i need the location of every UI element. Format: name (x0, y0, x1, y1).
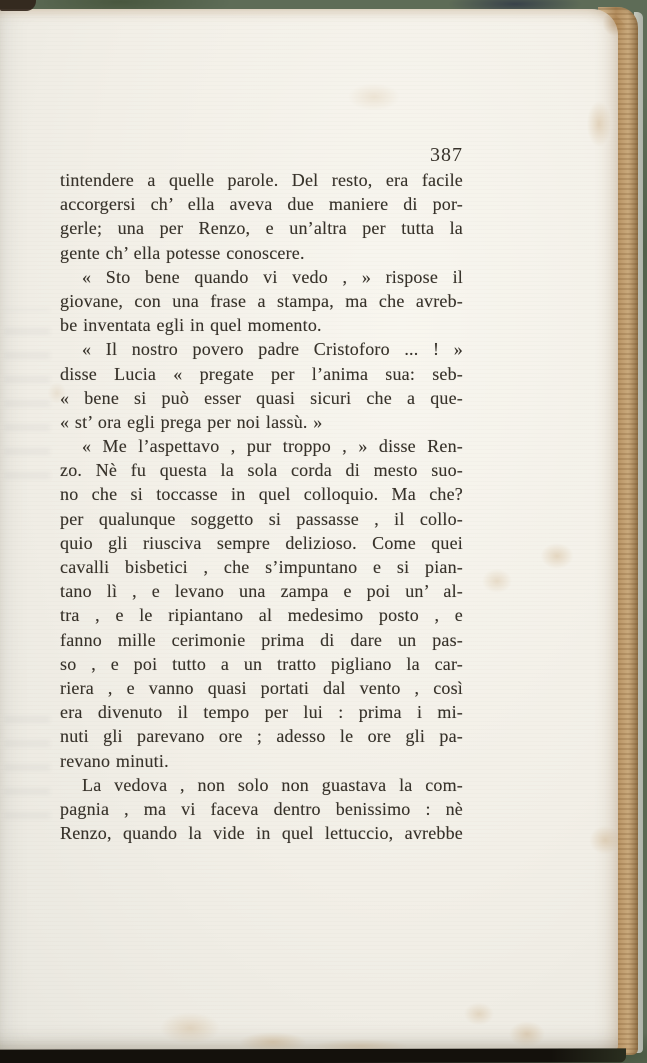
text-line: revano minuti. (60, 749, 463, 773)
text-line: zo. Nè fu questa la sola corda di mesto … (60, 458, 463, 482)
text-line: « Sto bene quando vi vedo , » rispose il (60, 265, 463, 289)
top-left-dark-patch (0, 0, 36, 11)
text-line: « bene si può esser quasi sicuri che a q… (60, 386, 463, 410)
text-line: pagnia , ma vi faceva dentro benissimo :… (60, 797, 463, 821)
text-line: per qualunque soggetto si passasse , il … (60, 507, 463, 531)
text-line: tra , e le ripiantano al medesimo posto … (60, 603, 463, 627)
text-line: nuti gli parevano ore ; adesso le ore gl… (60, 724, 463, 748)
text-line: no che si toccasse in quel colloquio. Ma… (60, 482, 463, 506)
text-line: quio gli riusciva sempre delizioso. Come… (60, 531, 463, 555)
text-line: La vedova , non solo non guastava la com… (60, 773, 463, 797)
text-line: gente ch’ ella potesse conoscere. (60, 241, 463, 265)
text-line: era divenuto il tempo per lui : prima i … (60, 700, 463, 724)
text-line: « st’ ora egli prega per noi lassù. » (60, 410, 463, 434)
text-line: « Me l’aspettavo , pur troppo , » disse … (60, 434, 463, 458)
text-line: gerle; una per Renzo, e un’altra per tut… (60, 216, 463, 240)
text-line: be inventata egli in quel momento. (60, 313, 463, 337)
text-line: disse Lucia « pregate per l’anima sua: s… (60, 362, 463, 386)
text-line: Renzo, quando la vide in quel lettuccio,… (60, 821, 463, 845)
text-line: riera , e vanno quasi portati dal vento … (60, 676, 463, 700)
text-line: accorgersi ch’ ella aveva due maniere di… (60, 192, 463, 216)
text-line: tintendere a quelle parole. Del resto, e… (60, 168, 463, 192)
show-through-text (4, 709, 50, 819)
text-line: « Il nostro povero padre Cristoforo ... … (60, 337, 463, 361)
text-line: fanno mille cerimonie prima di dare un p… (60, 628, 463, 652)
book-page: 387 tintendere a quelle parole. Del rest… (0, 9, 618, 1050)
page-number: 387 (60, 144, 463, 167)
text-line: cavalli bisbetici , che s’impuntano e si… (60, 555, 463, 579)
page-bottom-shadow (0, 1048, 626, 1063)
text-line: tano lì , e levano una zampa e poi un’ a… (60, 579, 463, 603)
text-line: giovane, con una frase a stampa, ma che … (60, 289, 463, 313)
page-text: tintendere a quelle parole. Del resto, e… (60, 168, 463, 845)
show-through-text (4, 309, 50, 479)
text-line: so , e poi tutto a un tratto pigliano la… (60, 652, 463, 676)
